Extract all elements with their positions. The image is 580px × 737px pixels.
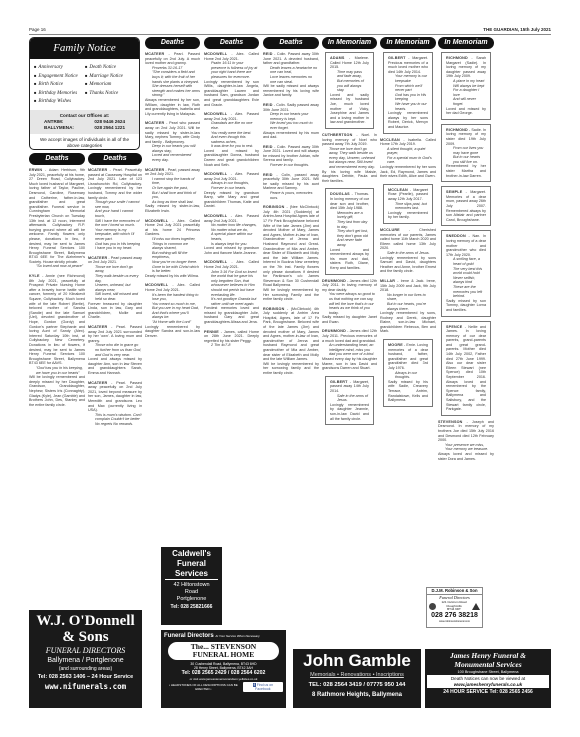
section-header: In Memoriam — [322, 37, 377, 49]
ad-location: Ballymena / Portglenone — [29, 656, 142, 666]
notice-body: REID - Colin, passed away peacefully 30t… — [263, 173, 319, 191]
notice-verse: Those who die in grace go no further fro… — [88, 343, 142, 357]
notice: MCATEER - Pearl, passed away on 2nd July… — [145, 168, 200, 214]
notice-name: REID — [263, 173, 273, 177]
ad-tag: At Your Service When Necessary — [215, 634, 259, 638]
notice-verse: Peace is yours, memories ours. — [263, 191, 319, 200]
notice-verse: But nothing will fill the emptiness, — [145, 251, 200, 260]
ad-header: Funeral Directors At Your Service When N… — [164, 632, 283, 640]
notice-verse: An understanding heart, an intelligent m… — [322, 343, 377, 357]
notice-signoff: Remembered by her sister Martha and brot… — [446, 164, 486, 178]
notice-body: REID - Colin. Passed away 30th June 2021… — [263, 145, 319, 163]
notice-name: SNEDDON — [446, 234, 466, 238]
ad-title: John Gamble — [293, 651, 421, 671]
notice-verse: These are the memories you left behind. — [446, 285, 486, 299]
notice-verse: Those we love don't go away, They walk b… — [322, 147, 377, 170]
category-item: Birthday Wishes — [34, 97, 85, 106]
notice-body: MILLAR - Irene & Jack. Irene, 15th July … — [380, 279, 436, 293]
facebook-badge[interactable]: f Find us on Facebook — [243, 682, 283, 692]
category-item: Death Notice — [85, 63, 136, 72]
notice-signoff: Forever treasured by daughter Linda, son… — [88, 302, 142, 320]
ad-headstones: • HEADSTONES OF ALL DESCRIPTIONS CAN BE … — [164, 683, 243, 691]
notice-verse: Those we love don't go away, — [88, 265, 142, 274]
notice-verse: Time slips past, but memories last. — [388, 202, 428, 211]
ad-name: FUNERAL HOME — [168, 651, 279, 659]
notice-name: MCATEER — [88, 256, 107, 260]
notice-name: MILLAR — [380, 279, 395, 283]
notice-verse: God has you in His keeping — [388, 93, 428, 102]
notice-name: GILBERT — [330, 380, 348, 384]
notice-verse: But I shall love and think of you, — [145, 191, 200, 200]
notice-signoff: Always remembered by her son, William, d… — [145, 98, 200, 116]
paper-date: THE GUARDIAN, 15th July 2021 — [483, 27, 551, 32]
deaths-column-1: DeathsERWIN - Adam Herbison, 9th July 20… — [29, 153, 85, 608]
notice-verse: "She considers a field and buys it; with… — [145, 70, 200, 98]
notice-signoff: Lovingly remembered by her family. — [388, 211, 428, 220]
notice: CUTHBERTSON - Noel. In loving memory of … — [322, 133, 377, 184]
odonnell-ad: W.J. O'Donnell & Sons FUNERAL DIRECTORS … — [29, 610, 142, 708]
notice-verse: Love leaves memories no one can steal. — [263, 75, 319, 84]
ad-website[interactable]: www.nifunerals.com — [29, 682, 142, 692]
notice: ROBINSON - (McClintock) 4th July suddenl… — [263, 307, 319, 376]
notice-verse: You were always so good to us that nothi… — [322, 292, 377, 301]
notice-verse: Unseen, unheard, but always near, — [88, 283, 142, 292]
notice-verse: Deep in our hearts you will always stay, — [145, 144, 200, 153]
memoriam-column-2: In MemoriamGILBERT - Margaret. Precious … — [380, 37, 436, 585]
office-row: BALLYMENA:028 2564 1221 — [38, 125, 131, 131]
notice-name: DRUMMOND — [322, 279, 346, 283]
notice-name: RICHMOND — [446, 128, 468, 132]
category-item: Anniversary — [34, 63, 85, 72]
notice: MCDOWELL - Alex. Passed away 2nd July 20… — [204, 214, 259, 255]
notice: REID - Colin. Passed away 30th June 2021… — [263, 52, 319, 98]
notice: MOORE - Ernie. Loving memories of a dear… — [383, 339, 433, 407]
notice-body: GILBERT - Margaret. Precious memories of… — [388, 56, 428, 74]
notice-name: CUTHBERTSON — [322, 133, 352, 137]
notice-name: KYLE — [29, 274, 40, 278]
notice-verse: Your memory is our keepsake — [388, 74, 428, 83]
ad-address: 42 Hiltonstown — [161, 582, 222, 589]
notice-name: MCATEER — [88, 168, 107, 172]
ad-phone: Tel: 028 2563 1406 – 24 Hour Service — [29, 673, 142, 682]
notice-body: MCATEER - Pearl. Passed away peacefully … — [88, 381, 142, 413]
notice-signoff: Sadly missed by son Tommy, daughter Lorn… — [446, 299, 486, 313]
stevenson-ad: Funeral Directors At Your Service When N… — [161, 630, 286, 708]
notice: ROBINSON - (Nee McClintock) July 4th 202… — [263, 205, 319, 301]
notice-signoff: Missed every day by his daughter Maree, … — [322, 357, 377, 371]
notice-verse: They last from day to day. — [330, 220, 369, 229]
notice-body: REID - Colin. Passed away 30th June 2021… — [263, 52, 319, 66]
notice-name: MCCLEAN — [388, 188, 408, 192]
notice: GILBERT - Margaret, passed away 14th Jul… — [325, 376, 374, 425]
notice-name: MCATEER — [88, 325, 107, 329]
notice-verse: From our lives you may have gone — [446, 146, 486, 155]
ad-body: 121 Culcrum Road Cloughmills BT44 9DT — [427, 601, 482, 612]
ad-head: Funeral Directors — [164, 633, 214, 639]
notice-verse: John 3:16 For God so loved the world tha… — [204, 270, 259, 298]
notice-name: MCDOWELL — [204, 172, 227, 176]
notice: SEMPLE - Margaret. Memories of a dear mu… — [441, 186, 491, 226]
ad-tagline: FUNERAL DIRECTORS — [29, 645, 142, 656]
notice-verse: Always in our thoughts. — [388, 371, 428, 380]
notice: MCATEER - Pearl. Passed away 2nd July 20… — [88, 325, 142, 376]
family-notice-categories: Family Notice Categories Anniversary Dea… — [29, 37, 140, 150]
notice-body: MCATEER - Pearl who passed away on 2nd J… — [145, 121, 200, 144]
section-header: Deaths — [263, 37, 319, 49]
category-item: Thanks Notice — [85, 89, 136, 98]
notice-name: MCDOWELL — [204, 112, 227, 116]
notice-signoff: Loved and missed by granddaughter Donna,… — [204, 149, 259, 167]
caldwell-ad: Caldwell's Funeral Services 42 Hiltonsto… — [161, 547, 222, 625]
ad-name-box: The... STEVENSON FUNERAL HOME — [168, 642, 279, 660]
category-item: Birthday Memories — [34, 89, 85, 98]
notice-body: ROBINSON - (McClintock) 4th July suddenl… — [263, 307, 319, 362]
notice-name: MOORE — [388, 343, 403, 347]
notice-name: MCDOWELL — [145, 283, 168, 287]
notice-body: MCDOWELL - Alex. Passed away 2nd July 20… — [204, 214, 259, 223]
ad-title: D.J.M. Robinson & Son — [427, 588, 482, 595]
categories-title: Family Notice Categories — [30, 38, 139, 59]
notice-verse: Now you're no longer there. — [145, 260, 200, 265]
notice-name: MCATEER — [145, 121, 164, 125]
notice-name: MCATEER — [88, 381, 107, 385]
notice-body: MCDOWELL - Alex. Called Home 2nd July 20… — [145, 219, 200, 237]
ad-subtitle: & Sons — [29, 629, 142, 645]
ad-website[interactable]: www.robinsonsfuneral.com — [427, 620, 482, 623]
section-header: Deaths — [145, 37, 200, 49]
notice: MCDOWELL - Alex. Called Home 2nd July 20… — [145, 219, 200, 279]
notice-signoff: Will be sadly missed and always remember… — [263, 84, 319, 98]
notice-verse: Deep in our hearts your memory is kept. — [263, 112, 319, 121]
notice-body: MCATEER - Pearl, passed away on 2nd July… — [145, 168, 200, 177]
notice-verse: This is mum's wisdom. Can't complain Cou… — [88, 413, 142, 427]
page-header: Page 16 THE GUARDIAN, 15th July 2021 — [29, 27, 551, 35]
notice: REID - Colin. Passed away 30th June 2021… — [263, 145, 319, 168]
notice-body: MCDOWELL - Alex. Passed away 2nd July 20… — [204, 172, 259, 181]
notice-body: RICHMOND - Sadie. In loving memory of my… — [446, 128, 486, 146]
notice-verse: No longer in our lives to share, — [380, 293, 436, 302]
notice: MCATEER - Pearl. Passed peacefully on 2n… — [145, 52, 200, 116]
ad-address: 8 Rathmore Heights, Ballymena — [293, 690, 421, 700]
notice-signoff: Dearly missed by his wife Wilma. — [145, 274, 200, 279]
gamble-ad: John Gamble Memorials • Renovations • In… — [293, 649, 421, 708]
notice: MCATEER - Pearl. Peacefully passed at Ca… — [88, 168, 142, 251]
spacer — [145, 338, 200, 343]
notice-body: MOORE - Ernie. Loving memories of a dear… — [388, 343, 428, 371]
section-header: In Memoriam — [380, 37, 436, 49]
notice: MCATEER - Pearl who passed away on 2nd J… — [145, 121, 200, 162]
notice-signoff: Sadly missed by his wife Sadie, Creavery… — [388, 380, 428, 403]
jameshenry-ad: James Henry Funeral & Monumental Service… — [425, 649, 551, 708]
notice-verse: Safe in the arms of Jesus. — [380, 251, 436, 256]
notice-signoff: Will be lovingly remembered and deeply m… — [29, 375, 85, 407]
notice-verse: Never selfish, always kind — [446, 276, 486, 285]
notice-body: MCATEER - Pearl. Passed away 2nd July 20… — [88, 325, 142, 343]
notice-body: SPENCE - Nellie and James. In loving mem… — [446, 325, 486, 412]
notice-body: MCDOWELL - Alex. Called Home 2nd July 20… — [204, 260, 259, 269]
notice: DRUMMOND - James died 12th July 2011. Pr… — [322, 329, 377, 370]
notice-verse: It's not goodbye Granda but rather until… — [204, 297, 259, 306]
notice-signoff: Lovingly remembered by sons, Rodney and … — [380, 311, 436, 334]
warning-triangle-icon — [472, 603, 480, 610]
notice-name: RICHMOND — [446, 56, 468, 60]
category-item: Marriage Notice — [85, 72, 136, 81]
ad-title: Monumental Services — [425, 660, 551, 669]
notice: RICHMOND - Sarah Margaret (Sadie). In lo… — [441, 52, 491, 120]
ad-address: 121 Culcrum Road Cloughmills BT44 9DT — [441, 601, 466, 612]
notice-signoff: Lovingly remembered by sons Samuel and D… — [380, 256, 436, 274]
notice-body: STEVENSON - Joseph and Desmond. In memor… — [438, 420, 494, 443]
notice-body: ROBINSON - (Nee McClintock) July 4th 202… — [263, 205, 319, 288]
notice-signoff: Always remembered by his mum and dad. — [263, 131, 319, 140]
notice-body: GILBERT - Margaret, passed away 14th Jul… — [330, 380, 369, 394]
notice-name: SPENCE — [446, 325, 462, 329]
deaths-column-2: DeathsMCATEER - Pearl. Peacefully passed… — [88, 153, 142, 608]
notice-signoff: Fondest memories loved and missed by gra… — [204, 306, 259, 324]
notice-body: MCDOWELL - Alex. Called Home 2nd July 20… — [204, 52, 259, 61]
notice-body: DOUGLAS - Thomas. In loving memory of ou… — [330, 192, 369, 210]
notice-name: ERWIN — [29, 168, 42, 172]
notice: SPENCE - Nellie and James. In loving mem… — [441, 321, 491, 416]
ad-title: Caldwell's — [161, 549, 222, 559]
notice-signoff: Will be lovingly remembered by her sorro… — [263, 362, 319, 376]
notice-verse: They walk beside us every day, — [88, 274, 142, 283]
notice-signoff: Lovingly remembered by son Willis, daugh… — [204, 80, 259, 108]
notice: MCDOWELL - Alex. Passed away 2nd July 20… — [204, 172, 259, 209]
notice: MILLAR - Irene & Jack. Irene, 15th July … — [380, 279, 436, 334]
section-header: In Memoriam — [438, 37, 494, 49]
ad-title: W.J. O'Donnell — [29, 613, 142, 629]
notice-verse: Still loved, still missed and held so de… — [88, 292, 142, 301]
notice-verse: "So loved and now at peace" — [29, 264, 85, 269]
notice-name: REID — [263, 103, 273, 107]
notice-verse: But in our hearts, you're always there. — [380, 302, 436, 311]
notice-verse: will tell the love that's in our hearts … — [322, 302, 377, 316]
notice-name: ROBINSON — [263, 307, 284, 311]
notice-body: MCCLEAN - Margaret Rose (Pearlie), passe… — [388, 188, 428, 202]
notice-body: SEMPLE - Margaret. Memories of a dear mu… — [446, 190, 486, 222]
spacer — [204, 348, 259, 353]
notice-verse: Death leaves a heartache no one can heal… — [263, 66, 319, 75]
facebook-label: Find us on Facebook — [255, 683, 273, 691]
notice-name: ADAMS — [330, 56, 345, 60]
notice-verse: A silent thought, a quiet prayer, — [380, 147, 436, 156]
notice-name: REID — [263, 52, 273, 56]
accept-note: We accept images of individuals in all o… — [30, 136, 139, 150]
office-name: BALLYMENA: — [44, 125, 74, 131]
notice: MCCLURE - Cherished memories of our pare… — [380, 228, 436, 274]
notice-body: SNEDDON - Nan. In loving memory of a dea… — [446, 234, 486, 257]
notice-body: MCATEER - Pearl. Passed peacefully on 2n… — [145, 52, 200, 66]
ad-address: Portglenone — [161, 596, 222, 603]
ad-area: (and surrounding areas) — [29, 666, 142, 673]
notice: SNEDDON - Nan. In loving memory of a dea… — [441, 230, 491, 316]
notice-signoff: Sadly missed by daughter Janet and Ewan. — [322, 315, 377, 324]
notice: MCCLEAN - Margaret Rose (Pearlie), passe… — [383, 184, 433, 224]
notice: KYLE - Annie (nee Richmond) 8th July 202… — [29, 274, 85, 407]
notice-name: DOUGLAS — [330, 192, 350, 196]
ad-website[interactable]: or visit www.jamesstevensonandson.yellsi… — [164, 677, 283, 681]
notice-verse: Loved and remembered every day. — [145, 153, 200, 162]
notice-verse: We loved you too much to ever forget. — [263, 121, 319, 130]
notice: ADAMS - Marlene. Called Home 12th July 2… — [325, 52, 374, 129]
notice-verse: Your memory is my keepsake, with which I… — [88, 228, 142, 242]
ad-title: Funeral — [161, 559, 222, 569]
section-header: Deaths — [88, 153, 142, 165]
deaths-column-4: DeathsMCDOWELL - Alex. Called Home 2nd J… — [204, 37, 259, 592]
notice-body: MCATEER - Pearl passed away on 2nd July … — [88, 256, 142, 265]
memoriam-column-1: In MemoriamADAMS - Marlene. Called Home … — [322, 37, 377, 647]
notice-verse: God has you in His keeping I have you in… — [88, 242, 142, 251]
ad-footer: • HEADSTONES OF ALL DESCRIPTIONS CAN BE … — [164, 682, 283, 692]
ad-phone: 028 276 38218 — [427, 612, 482, 620]
notice-signoff: Loved and missed by grandson John and fi… — [204, 246, 259, 255]
notice-verse: The very best this world could hold — [446, 267, 486, 276]
section-header: Deaths — [29, 153, 85, 165]
notice-body: CUTHBERTSON - Noel. In loving memory of … — [322, 133, 377, 147]
notice-signoff: Loved and remembered always by his mum a… — [330, 248, 369, 271]
notice: GILBERT - Margaret. Precious memories of… — [383, 52, 433, 134]
notice: REID - Colin, passed away peacefully 30t… — [263, 173, 319, 201]
ad-phone: TEL: 028 2564 3419 / 07775 950 144 — [293, 680, 421, 690]
ad-notice-box: Death Notices can now be viewed at www.j… — [427, 675, 549, 688]
page-number: Page 16 — [29, 27, 46, 32]
ad-title: James Henry Funeral & — [425, 651, 551, 660]
notice: MCDOWELL - Alex. Called Home 2nd July 20… — [204, 260, 259, 324]
notice-verse: And even though this sadness aches, — [204, 135, 259, 144]
notice-verse: And that's where you'll always be. — [145, 311, 200, 320]
notice: RICHMOND - Sadie. In loving memory of my… — [441, 124, 491, 183]
ad-website[interactable]: www.jameshenryfunerals.co.uk — [427, 682, 549, 688]
notice-signoff: By his loving wife Maisie, daughters Deb… — [322, 170, 377, 184]
notice-name: ROBINSON — [263, 205, 284, 209]
notice-body: KYLE - Annie (nee Richmond) 8th July 202… — [29, 274, 85, 366]
spacer — [88, 426, 142, 431]
notice-verse: Psalm 16:11 In your presence is fullness… — [204, 61, 259, 79]
office-phone: 028 2564 1221 — [94, 125, 125, 131]
notice-body: MCDOWELL - Alex. Passed away 2nd July 20… — [204, 112, 259, 121]
notice-name: MCDOWELL — [204, 52, 227, 56]
notice-verse: We have you in our hearts. — [388, 102, 428, 111]
notice-verse: Things in common we always shared, — [145, 242, 200, 251]
notice: ERWIN - Adam Herbison, 9th July 2021, pe… — [29, 168, 85, 269]
notice-verse: Gone to be with Christ which is far bett… — [145, 265, 200, 274]
section-header: Deaths — [204, 37, 259, 49]
notice-verse: From which we'll never part — [388, 84, 428, 93]
deaths-column-5: DeathsREID - Colin. Passed away 30th Jun… — [263, 37, 319, 647]
notice-signoff: Lovingly remembered always by her sons R… — [388, 111, 428, 129]
ad-title: Services — [165, 569, 218, 580]
notice-verse: I'll miss our times together, — [145, 237, 200, 242]
category-item: Engagement Notice — [34, 72, 85, 81]
notice: STEVENSON - Joseph and Desmond. In memor… — [438, 420, 494, 461]
notice-name: MCDOWELL — [145, 219, 168, 223]
spacer — [438, 461, 494, 466]
notice-name: DRUMMOND — [322, 329, 346, 333]
notice-signoff: Always loved and missed by sister Dora a… — [438, 452, 494, 461]
notice-body: ERWIN - Adam Herbison, 9th July 2021, pe… — [29, 168, 85, 264]
notice-verse: Grandads are like no one else. — [204, 121, 259, 130]
notice-body: MCDOWELL - Alex. Called Home 2nd July 20… — [145, 283, 200, 292]
notice-verse: Memories are a lovely gift, — [330, 211, 369, 220]
category-item: Memoriam — [85, 80, 136, 89]
notice-verse: And your hand I cannot touch, — [88, 209, 142, 218]
notice-verse: Still I have the memories of the one I l… — [88, 219, 142, 228]
notice-body: RICHMOND - Sarah Margaret (Sadie). In lo… — [446, 56, 486, 79]
notice-name: MCDOWELL — [204, 260, 227, 264]
notice-name: MCATEER — [145, 168, 164, 172]
spacer — [263, 376, 319, 381]
notice-body: ADAMS - Marlene. Called Home 12th July 2… — [330, 56, 369, 70]
notice-body: PENNIE - James, called Home on 28th June… — [204, 330, 259, 344]
notice-verse: They don't get lost, they don't grow old — [330, 229, 369, 238]
category-item: Birth Notice — [34, 80, 85, 89]
notice-verse: But memories of you will always stay. — [330, 79, 369, 93]
notice-verse: Though your smile I cannot see now, — [88, 200, 142, 209]
notice-body: REID - Colin. Sadly passed away 30th Jun… — [263, 103, 319, 112]
notice-verse: But in our hearts you still live on. — [446, 155, 486, 164]
ad-phone: Tel: 028 25821666 — [161, 603, 222, 611]
notice-body: MCCLURE - Cherished memories of our pare… — [380, 228, 436, 251]
robinson-ad: D.J.M. Robinson & Son Funeral Directors … — [426, 587, 483, 628]
categories-list: Anniversary Death Notice Engagement Noti… — [30, 59, 139, 108]
deaths-column-3: DeathsMCATEER - Pearl. Passed peacefully… — [145, 37, 200, 542]
notice: MCDOWELL - Alex. Called Home 2nd July 20… — [145, 283, 200, 338]
notice-body: DRUMMOND - James died 12th July 2011. In… — [322, 279, 377, 293]
notice-body: MCCLEAN - Isabella. Called Home 17th Jul… — [380, 138, 436, 147]
notice-verse: A special place within our hearts, — [204, 232, 259, 241]
notice-verse: A smiling face, a heart of gold — [446, 257, 486, 266]
notice-signoff: Lovingly remembered by her sons Jack, Ed… — [380, 165, 436, 179]
notice-signoff: Will be lovingly remembered by Her sorro… — [263, 288, 319, 302]
notice: MCCLEAN - Isabella. Called Home 17th Jul… — [380, 138, 436, 179]
notice-verse: I cannot stop the hands of time, — [145, 177, 200, 186]
spacer — [29, 407, 85, 412]
notice-name: GILBERT — [388, 56, 406, 60]
notice-signoff: Loved and missed by her dad George. — [446, 107, 486, 116]
notice-signoff: Lovingly remembered by daughter Jeannie,… — [330, 403, 369, 421]
notice-verse: And will never forget. — [446, 97, 486, 106]
notice-verse: "God has you in his keeping, we have you… — [29, 366, 85, 375]
notice-verse: For a daughter I love — [446, 88, 486, 97]
notice-name: STEVENSON — [438, 420, 463, 424]
notice-name: MCDOWELL — [204, 214, 227, 218]
notice-signoff: Loved and always missed by daughter Ann,… — [88, 357, 142, 375]
notice-signoff: Lovingly remembered by daughter Sandra a… — [145, 325, 200, 339]
notice: REID - Colin. Sadly passed away 30th Jun… — [263, 103, 319, 140]
notice-name: MCCLURE — [380, 228, 400, 232]
notice-name: REID — [263, 145, 273, 149]
notice: DOUGLAS - Thomas. In loving memory of ou… — [325, 188, 374, 274]
notice-name: PENNIE — [204, 330, 219, 334]
ad-address: Road — [161, 589, 222, 596]
notice-signoff: Deeply missed by grandson Barry, wife Ma… — [204, 191, 259, 209]
notice: MCATEER - Pearl passed away on 2nd July … — [88, 256, 142, 320]
notice: MCDOWELL - Alex. Called Home 2nd July 20… — [204, 52, 259, 107]
notice: MCDOWELL - Alex. Passed away 2nd July 20… — [204, 112, 259, 167]
notice-name: SEMPLE — [446, 190, 462, 194]
notice-verse: And never fade away. — [330, 238, 369, 247]
notice-body: MCATEER - Pearl. Peacefully passed at Ca… — [88, 168, 142, 200]
notice-name: MCATEER — [145, 52, 164, 56]
notice-signoff: Sadly missed by sister-in-law, Elizabeth… — [145, 204, 200, 213]
notice-body: DRUMMOND - James died 12th July 2011. Pr… — [322, 329, 377, 343]
notice-verse: It's been the hardest thing to lose you, — [145, 293, 200, 302]
ad-phone: Tel: 028 2565 2429 / 028 2564 6202 — [164, 670, 283, 677]
contact-offices: Contact our Offices at: ANTRIM:028 9446 … — [30, 110, 139, 134]
memoriam-column-3: In MemoriamRICHMOND - Sarah Margaret (Sa… — [438, 37, 494, 647]
notice: DRUMMOND - James died 12th July 2011. In… — [322, 279, 377, 325]
